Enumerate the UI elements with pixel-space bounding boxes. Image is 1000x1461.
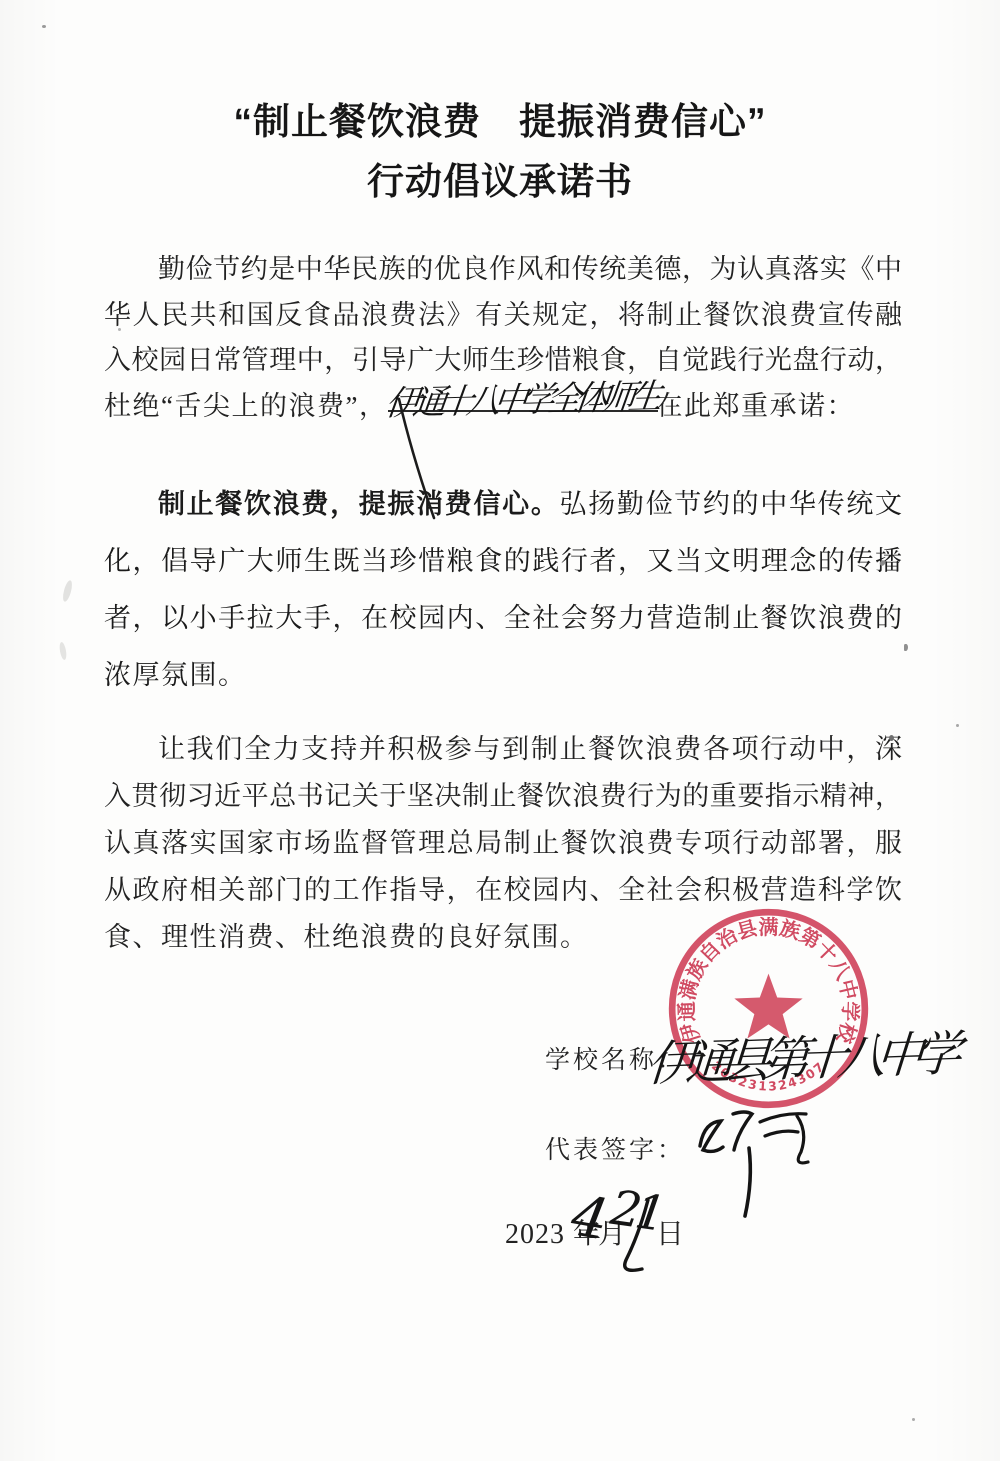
paragraph-pledge: 制止餐饮浪费，提振消费信心。弘扬勤俭节约的中华传统文 化，倡导广大师生既当珍惜粮…	[104, 476, 902, 704]
scan-speck	[956, 724, 959, 727]
scan-speck	[912, 1418, 915, 1421]
representative-signature-label: 代表签字：	[545, 1130, 685, 1166]
signature-stroke-1	[700, 1121, 723, 1151]
paragraph-intro-line2: 华人民共和国反食品浪费法》有关规定，将制止餐饮浪费宣传融	[104, 293, 902, 339]
scan-smudge	[58, 642, 67, 661]
signature-stroke-3	[760, 1114, 806, 1136]
paragraph-pledge-line3: 者，以小手拉大手，在校园内、全社会努力营造制止餐饮浪费的	[104, 590, 902, 647]
document-title-line1: “制止餐饮浪费 提振消费信心”	[0, 92, 1000, 152]
paragraph-action-line1: 让我们全力支持并积极参与到制止餐饮浪费各项行动中，深	[104, 726, 902, 773]
document-title-line2: 行动倡议承诺书	[0, 152, 1000, 212]
scan-speck	[118, 328, 121, 331]
date-day-label: 日	[656, 1212, 685, 1252]
paragraph-pledge-line1: 制止餐饮浪费，提振消费信心。弘扬勤俭节约的中华传统文	[104, 476, 902, 533]
scan-speck	[904, 644, 908, 651]
handwritten-school-name: 伊通县第十八中学	[646, 1014, 971, 1094]
scan-smudge	[61, 579, 73, 602]
signature-tail-stroke	[745, 1148, 750, 1216]
scan-speck	[889, 735, 894, 741]
handwritten-school-filler: 伊通十八中学全体师生	[383, 368, 688, 425]
line4-pre-text: 杜绝“舌尖上的浪费”，	[104, 391, 387, 421]
paragraph-action-line2: 入贯彻习近平总书记关于坚决制止餐饮浪费行为的重要指示精神，	[104, 773, 902, 820]
signature-stroke-4	[797, 1116, 808, 1163]
pledge-line1-rest: 弘扬勤俭节约的中华传统文	[560, 489, 902, 519]
scanned-document-page: “制止餐饮浪费 提振消费信心” 行动倡议承诺书 勤俭节约是中华民族的优良作风和传…	[0, 0, 1000, 1461]
signature-stroke-2	[733, 1112, 752, 1150]
document-title: “制止餐饮浪费 提振消费信心” 行动倡议承诺书	[0, 92, 1000, 212]
pledge-lead-bold: 制止餐饮浪费，提振消费信心。	[158, 489, 560, 519]
scan-speck	[42, 25, 46, 28]
paragraph-pledge-line2: 化，倡导广大师生既当珍惜粮食的践行者，又当文明理念的传播	[104, 533, 902, 590]
paragraph-intro-line1: 勤俭节约是中华民族的优良作风和传统美德，为认真落实《中	[104, 247, 902, 293]
handwritten-day: 21	[607, 1180, 663, 1242]
paragraph-action-line3: 认真落实国家市场监督管理总局制止餐饮浪费专项行动部署，服	[104, 820, 902, 867]
paragraph-pledge-line4: 浓厚氛围。	[104, 647, 902, 704]
